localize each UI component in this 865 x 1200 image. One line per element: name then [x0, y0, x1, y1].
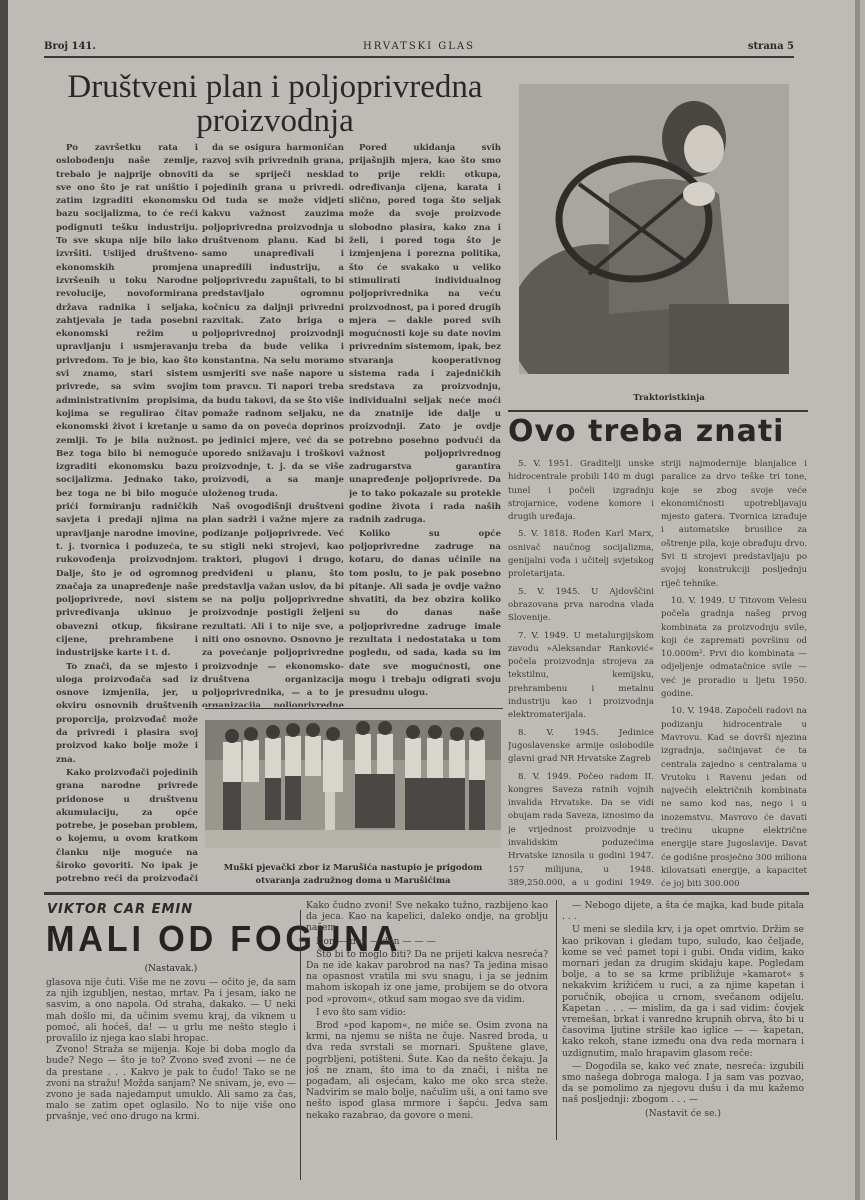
date-entry: 8. V. 1949. Počeo radom II. kongres Save… — [508, 771, 654, 888]
date-entry: 5. V. 1945. U Ajdovščini obrazovana prva… — [508, 586, 654, 626]
paragraph: Po završetku rata i oslobođenju naše zem… — [56, 142, 198, 661]
column-rule — [205, 708, 503, 709]
article1-column-3: Pored ukidanja svih prijašnjih mjera, ka… — [349, 142, 501, 702]
paragraph: Pored ukidanja svih prijašnjih mjera, ka… — [349, 142, 501, 528]
paragraph: I evo što sam vidio: — [306, 1007, 548, 1018]
serial-author: VIKTOR CAR EMIN — [47, 902, 193, 917]
page-number: strana 5 — [748, 41, 794, 52]
paragraph: U meni se sledila krv, i ja opet omrtvio… — [562, 924, 804, 1058]
paragraph: Zvono! Straža se mijenja. Koje bi doba m… — [46, 1044, 296, 1122]
serial-subtitle: (Nastavak.) — [46, 964, 296, 974]
date-entry: 10. V. 1949. U Titovom Velesu počela gra… — [661, 595, 807, 701]
header-rule — [44, 56, 794, 58]
paragraph: da se osigura harmoničan razvoj svih pri… — [202, 142, 344, 501]
date-entry: striji najmodernije blanjalice i paralic… — [661, 458, 807, 591]
date-entry: 8. V. 1945. Jedinice Jugoslavenske armij… — [508, 727, 654, 767]
section-title-ovo-treba-znati: Ovo treba znati — [508, 414, 784, 449]
column-rule — [300, 910, 301, 1180]
paragraph: Koliko su opće poljoprivredne zadruge na… — [349, 528, 501, 701]
serial-column-1: glasova nije čuti. Više me ne zovu — oči… — [46, 977, 296, 1137]
date-entry: 5. V. 1818. Rođen Karl Marx, osnivač nau… — [508, 528, 654, 581]
article-title: Društveni plan i poljoprivredna proizvod… — [60, 70, 490, 138]
tractor-photo — [519, 84, 789, 374]
choir-photo-image — [205, 720, 501, 848]
newspaper-name: HRVATSKI GLAS — [44, 41, 794, 52]
section-divider — [44, 892, 809, 895]
paragraph: Brod »pod kapom«, ne miče se. Osim zvona… — [306, 1020, 548, 1121]
article1-column-1: Po završetku rata i oslobođenju naše zem… — [56, 142, 198, 887]
page-right-edge — [855, 0, 860, 1200]
continued-note: (Nastavit će se.) — [562, 1108, 804, 1119]
caption-rule — [508, 410, 808, 412]
column-rule — [556, 900, 557, 1140]
choir-photo-caption: Muški pjevački zbor iz Marušića nastupio… — [205, 862, 501, 888]
article1-column-2: da se osigura harmoničan razvoj svih pri… — [202, 142, 344, 707]
tractor-photo-image — [519, 84, 789, 374]
article-title-line2: proizvodnja — [60, 104, 490, 138]
date-entry: 10. V. 1948. Započeli radovi na podizanj… — [661, 705, 807, 888]
paragraph: Naš ovogodišnji društveni plan sadrži i … — [202, 501, 344, 707]
paragraph: Don — don — don — — — — [306, 936, 548, 947]
paragraph: — Nebogo dijete, a šta će majka, kad bud… — [562, 900, 804, 922]
choir-photo — [205, 720, 501, 848]
paragraph: Kako čudno zvoni! Sve nekako tužno, razb… — [306, 900, 548, 934]
article-title-line1: Društveni plan i poljoprivredna — [60, 70, 490, 104]
page-binding-edge — [0, 0, 8, 1200]
paragraph: Što bi to moglo biti? Da ne prijeti kakv… — [306, 949, 548, 1005]
paragraph: — Dogodila se, kako već znate, nesreća: … — [562, 1061, 804, 1106]
date-entry: 5. V. 1951. Graditelji unske hidrocentra… — [508, 458, 654, 524]
paragraph: Kako proizvođači pojedinih grana narodne… — [56, 767, 198, 887]
ovo-treba-znati-column-1: 5. V. 1951. Graditelji unske hidrocentra… — [508, 458, 654, 888]
ovo-treba-znati-column-2: striji najmodernije blanjalice i paralic… — [661, 458, 807, 888]
tractor-photo-caption: Traktoristkinja — [519, 392, 819, 405]
paragraph: glasova nije čuti. Više me ne zovu — oči… — [46, 977, 296, 1044]
paragraph: To znači, da se mjesto i uloga proizvođa… — [56, 661, 198, 767]
serial-column-3: — Nebogo dijete, a šta će majka, kad bud… — [562, 900, 804, 1130]
serial-column-2: Kako čudno zvoni! Sve nekako tužno, razb… — [306, 900, 548, 1132]
date-entry: 7. V. 1949. U metalurgijskom zavodu »Ale… — [508, 630, 654, 723]
